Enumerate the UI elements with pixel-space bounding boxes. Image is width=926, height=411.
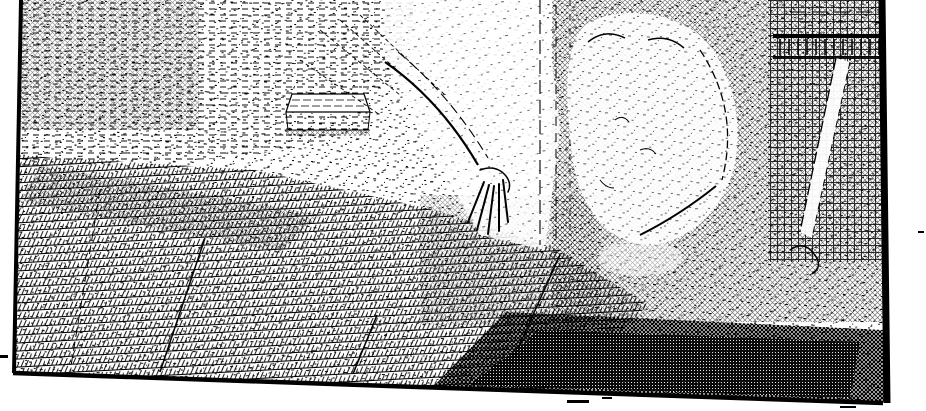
right-wall	[768, 0, 886, 274]
scanned-page	[0, 0, 926, 411]
engraving-svg	[0, 0, 926, 411]
engraving-figure	[0, 0, 926, 411]
border-right	[882, 0, 887, 403]
bench	[286, 94, 370, 136]
